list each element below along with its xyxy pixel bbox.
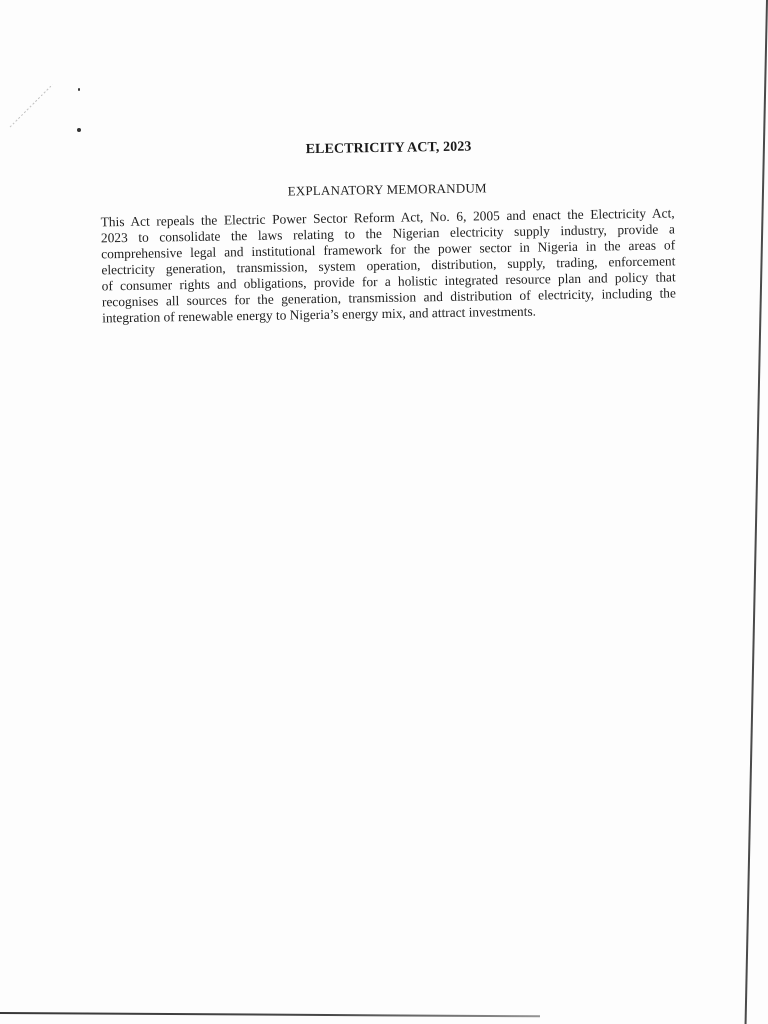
memorandum-heading: EXPLANATORY MEMORANDUM — [0, 176, 767, 204]
document-title-text: ELECTRICITY ACT, 2023 — [306, 140, 472, 158]
memorandum-paragraph: This Act repeals the Electric Power Sect… — [101, 205, 677, 326]
memorandum-heading-text: EXPLANATORY MEMORANDUM — [288, 180, 487, 198]
scanned-page: ELECTRICITY ACT, 2023 EXPLANATORY MEMORA… — [0, 0, 768, 1024]
document-content: ELECTRICITY ACT, 2023 EXPLANATORY MEMORA… — [0, 0, 768, 1024]
document-title: ELECTRICITY ACT, 2023 — [0, 135, 767, 163]
